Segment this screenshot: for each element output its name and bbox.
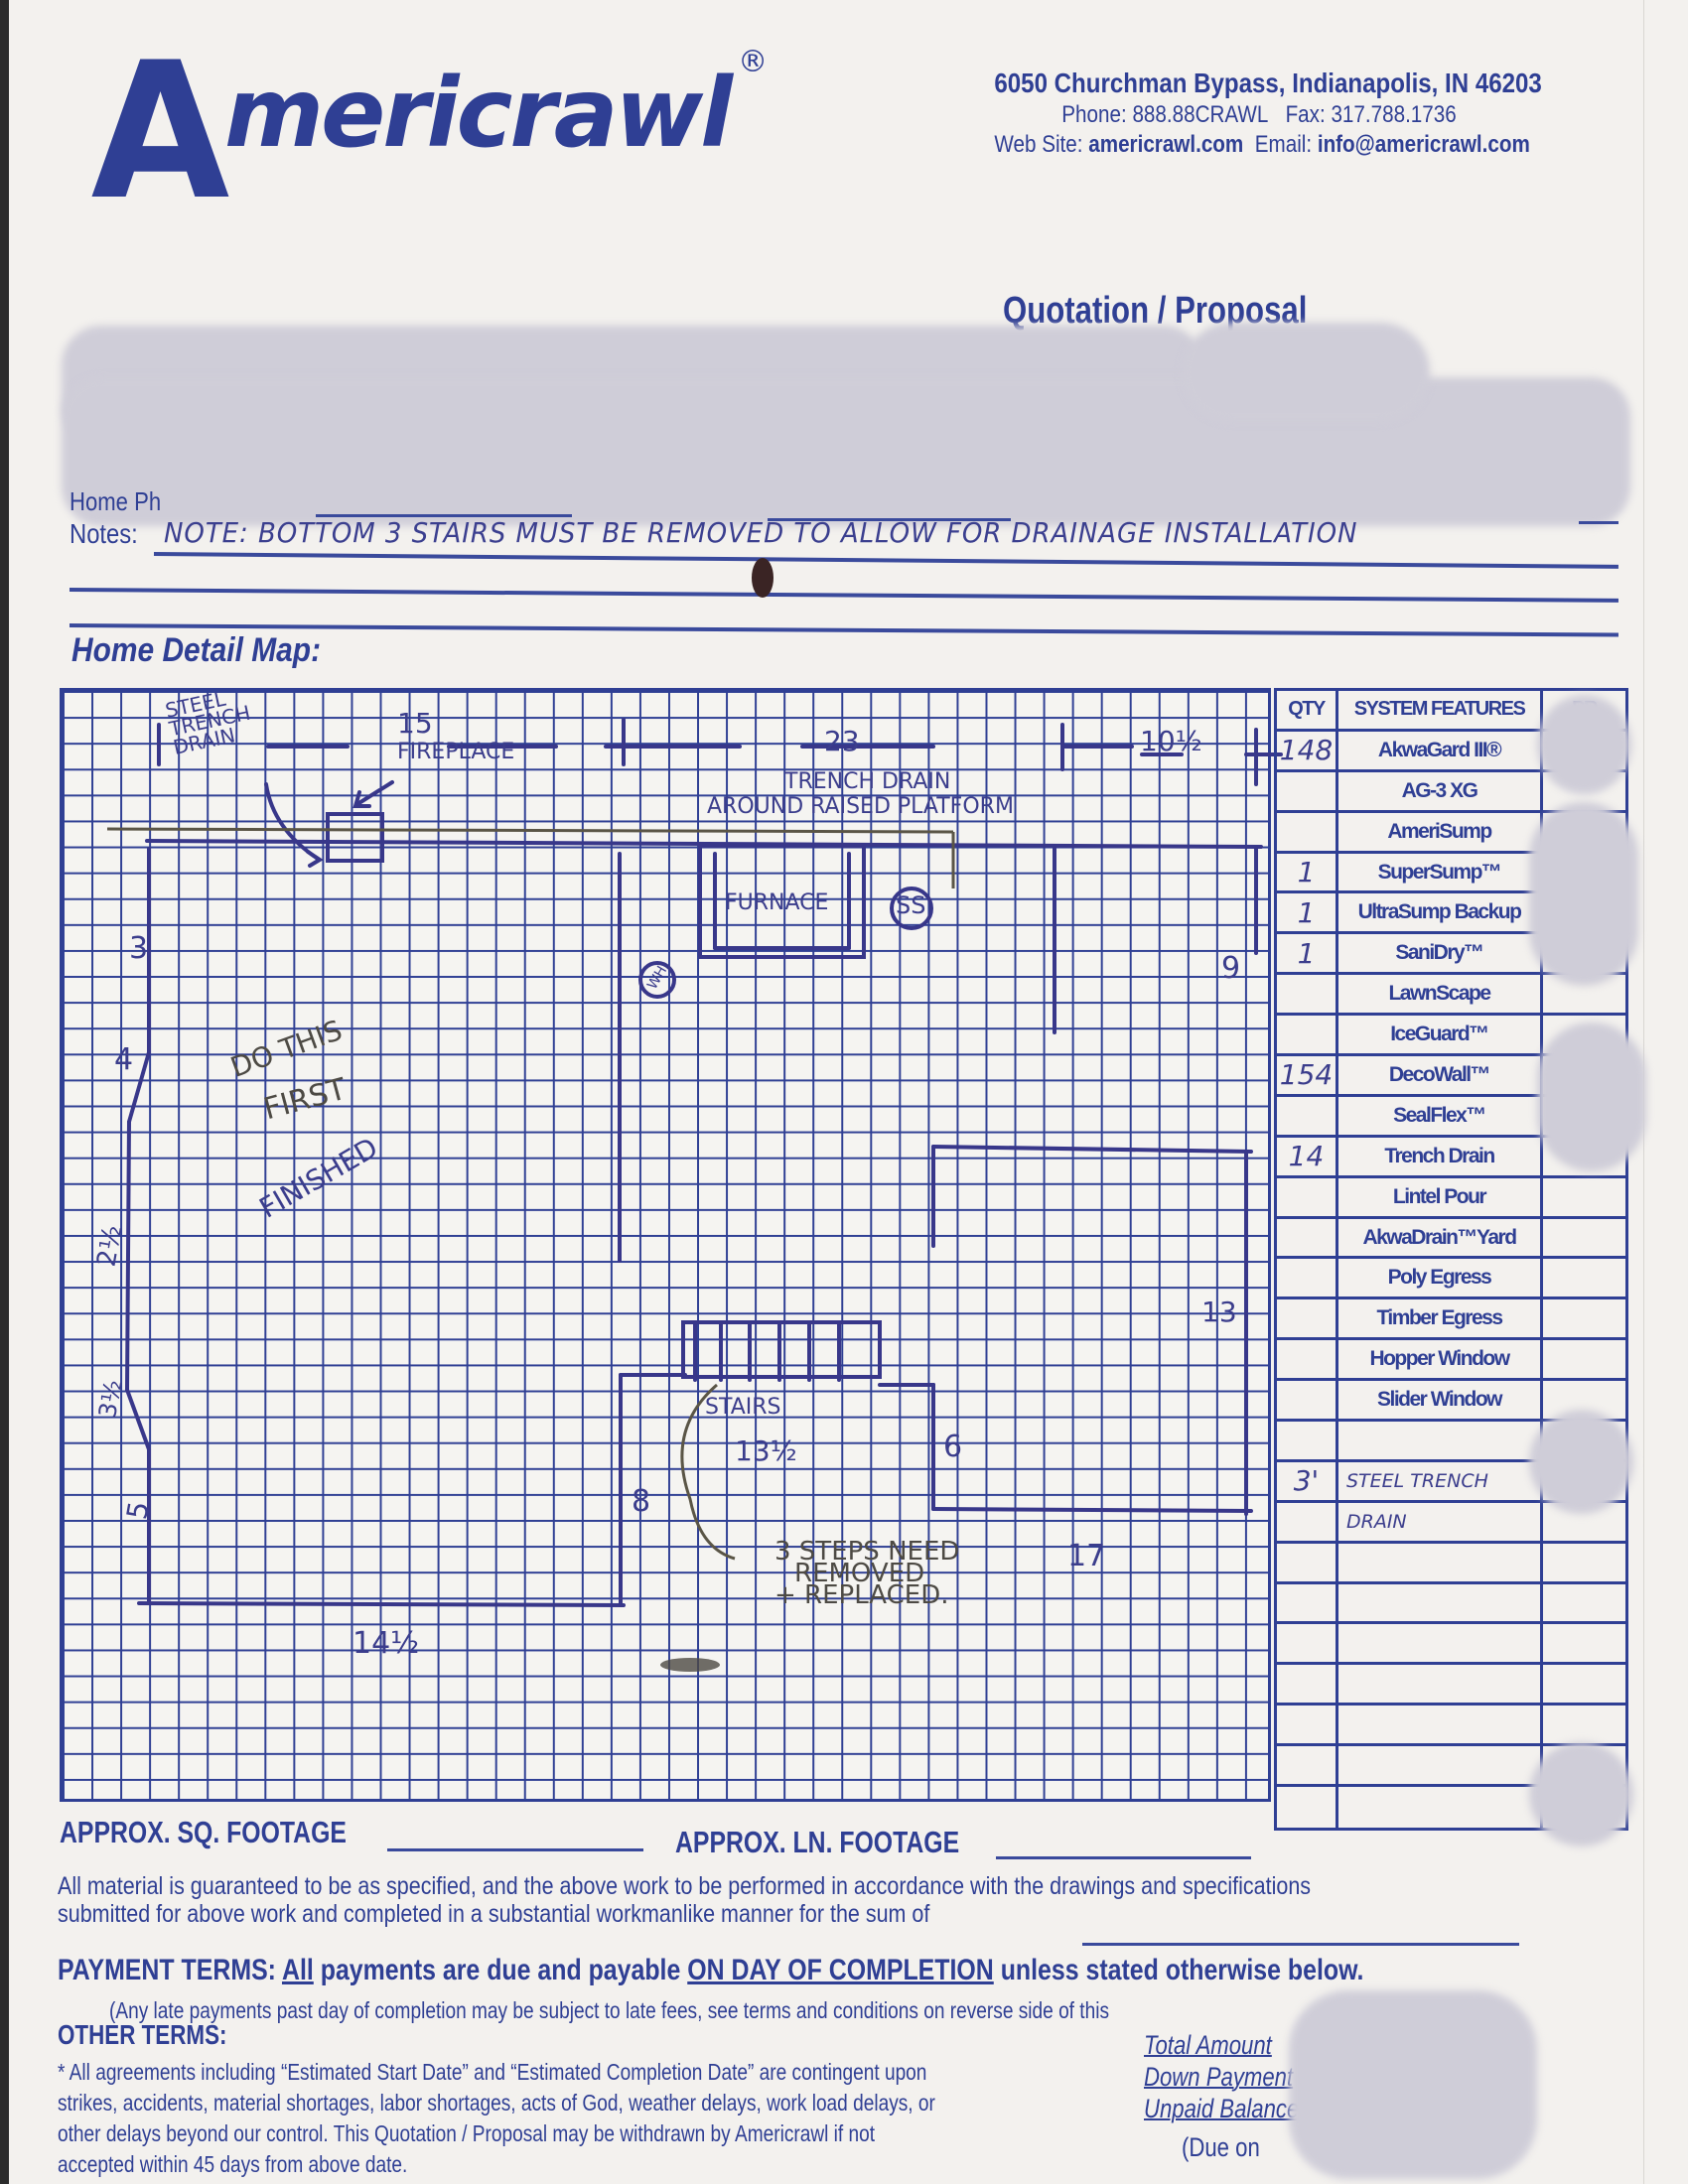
home-detail-map-label: Home Detail Map: (71, 631, 321, 670)
redacted-price (1537, 695, 1631, 794)
qty-cell[interactable] (1277, 1624, 1338, 1662)
sq-footage-field[interactable] (387, 1848, 643, 1851)
feature-cell: AkwaGard III® (1338, 732, 1543, 769)
payment-terms: PAYMENT TERMS: All payments are due and … (58, 1954, 1363, 1987)
notes-line-2 (70, 588, 1618, 603)
website-label: Web Site: (994, 131, 1082, 158)
table-row: Poly Egress (1277, 1259, 1625, 1299)
ln-footage-field[interactable] (996, 1856, 1251, 1859)
feature-cell: AG-3 XG (1338, 772, 1543, 810)
company-logo: Americrawl® (87, 58, 768, 206)
redacted-price (1537, 1023, 1646, 1171)
qty-cell[interactable] (1277, 1422, 1338, 1459)
qty-cell[interactable] (1277, 1340, 1338, 1378)
feature-cell: AmeriSump (1338, 813, 1543, 851)
ink-blot (752, 558, 774, 598)
price-cell[interactable] (1543, 1624, 1625, 1662)
qty-cell[interactable] (1277, 975, 1338, 1013)
table-row: Lintel Pour (1277, 1178, 1625, 1219)
qty-cell[interactable] (1277, 1259, 1338, 1297)
qty-cell[interactable] (1277, 1016, 1338, 1053)
feature-cell: IceGuard™ (1338, 1016, 1543, 1053)
qty-cell[interactable]: 1 (1277, 854, 1338, 891)
sq-footage-label: APPROX. SQ. FOOTAGE (60, 1815, 347, 1850)
dim-14-5: 14½ (352, 1626, 419, 1661)
feature-cell (1338, 1787, 1543, 1828)
feature-cell (1338, 1624, 1543, 1662)
redacted-price (1529, 802, 1638, 986)
note-fireplace: FIREPLACE (397, 740, 514, 764)
unpaid-balance-label: Unpaid Balance (1144, 2093, 1299, 2124)
registered-mark: ® (738, 45, 768, 79)
qty-cell[interactable] (1277, 1097, 1338, 1135)
price-cell[interactable] (1543, 1340, 1625, 1378)
sum-field[interactable] (1082, 1943, 1519, 1946)
dim-4: 4 (114, 1042, 133, 1077)
field-underline (1579, 521, 1618, 524)
dim-13-5: 13½ (735, 1434, 797, 1467)
qty-cell[interactable]: 148 (1277, 732, 1338, 769)
label-furnace: FURNACE (725, 890, 828, 915)
dim-8: 8 (632, 1484, 650, 1519)
sump-symbol: SS (896, 891, 925, 919)
qty-cell[interactable] (1277, 1746, 1338, 1784)
table-row: Timber Egress (1277, 1299, 1625, 1340)
dim-15: 15 (397, 707, 433, 740)
down-payment-label: Down Payment (1144, 2061, 1299, 2093)
table-row (1277, 1665, 1625, 1706)
logo-wordmark: mericrawl (224, 66, 730, 161)
fax-value: 317.788.1736 (1331, 101, 1456, 128)
table-row (1277, 1706, 1625, 1746)
feature-cell (1338, 1584, 1543, 1622)
qty-cell[interactable] (1277, 1381, 1338, 1419)
qty-cell[interactable] (1277, 1706, 1338, 1743)
feature-cell: DRAIN (1338, 1503, 1543, 1541)
qty-cell[interactable] (1277, 1544, 1338, 1581)
dim-3: 3 (129, 931, 148, 966)
qty-cell[interactable] (1277, 1584, 1338, 1622)
phone-value: 888.88CRAWL (1132, 101, 1268, 128)
table-row (1277, 1544, 1625, 1584)
phone-label: Phone: (1061, 101, 1126, 128)
feature-cell: SealFlex™ (1338, 1097, 1543, 1135)
scan-edge (0, 0, 9, 2184)
redacted-region (1182, 323, 1430, 422)
qty-cell[interactable] (1277, 1665, 1338, 1703)
feature-cell: LawnScape (1338, 975, 1543, 1013)
qty-cell[interactable]: 154 (1277, 1056, 1338, 1094)
price-cell[interactable] (1543, 1299, 1625, 1337)
price-cell[interactable] (1543, 1544, 1625, 1581)
feature-cell (1338, 1665, 1543, 1703)
price-cell[interactable] (1543, 1178, 1625, 1216)
redacted-price (1529, 1410, 1633, 1514)
qty-cell[interactable] (1277, 1503, 1338, 1541)
company-phone-fax: Phone: 888.88CRAWL Fax: 317.788.1736 (994, 101, 1523, 129)
qty-cell[interactable]: 1 (1277, 893, 1338, 931)
due-on-label: (Due on (1182, 2132, 1260, 2163)
table-row (1277, 1584, 1625, 1625)
qty-cell[interactable]: 1 (1277, 934, 1338, 972)
feature-cell: Poly Egress (1338, 1259, 1543, 1297)
dim-6: 6 (943, 1430, 962, 1464)
price-cell[interactable] (1543, 1259, 1625, 1297)
feature-cell: AkwaDrain™Yard (1338, 1219, 1543, 1257)
email-link[interactable]: info@americrawl.com (1318, 131, 1530, 158)
feature-cell: STEEL TRENCH (1338, 1462, 1543, 1500)
guarantee-text: All material is guaranteed to be as spec… (58, 1872, 1311, 1928)
notes-text[interactable]: NOTE: BOTTOM 3 STAIRS MUST BE REMOVED TO… (164, 516, 1357, 549)
qty-cell[interactable]: 14 (1277, 1138, 1338, 1175)
header-system-features: SYSTEM FEATURES (1338, 691, 1543, 729)
ln-footage-label: APPROX. LN. FOOTAGE (675, 1825, 959, 1860)
price-cell[interactable] (1543, 1584, 1625, 1622)
qty-cell[interactable]: 3' (1277, 1462, 1338, 1500)
note-steps-removed: 3 STEPS NEED REMOVED + REPLACED. (774, 1541, 959, 1606)
home-phone-label-partial: Home Ph (70, 486, 161, 517)
notes-line-1 (154, 552, 1618, 569)
redacted-price (1529, 1742, 1633, 1846)
price-cell[interactable] (1543, 1706, 1625, 1743)
note-trench-drain: TRENCH DRAIN (784, 769, 950, 794)
price-cell[interactable] (1543, 1665, 1625, 1703)
dim-10-5: 10½ (1140, 725, 1202, 757)
notes-label: Notes: (70, 518, 138, 550)
feature-cell: Slider Window (1338, 1381, 1543, 1419)
company-address: 6050 Churchman Bypass, Indianapolis, IN … (994, 68, 1523, 99)
feature-cell (1338, 1422, 1543, 1459)
fax-label: Fax: (1286, 101, 1326, 128)
email-label: Email: (1255, 131, 1312, 158)
feature-cell (1338, 1544, 1543, 1581)
feature-cell: DecoWall™ (1338, 1056, 1543, 1094)
feature-cell: SaniDry™ (1338, 934, 1543, 972)
logo-initial: A (91, 58, 227, 206)
feature-cell: Trench Drain (1338, 1138, 1543, 1175)
dim-9: 9 (1221, 951, 1240, 986)
qty-cell[interactable] (1277, 772, 1338, 810)
dim-23: 23 (824, 725, 860, 757)
home-detail-map-grid[interactable] (60, 688, 1271, 1802)
dim-17: 17 (1067, 1539, 1105, 1573)
table-row: Hopper Window (1277, 1340, 1625, 1381)
feature-cell: Lintel Pour (1338, 1178, 1543, 1216)
qty-cell[interactable] (1277, 1787, 1338, 1828)
qty-cell[interactable] (1277, 813, 1338, 851)
qty-cell[interactable] (1277, 1299, 1338, 1337)
agreement-terms: * All agreements including “Estimated St… (58, 2057, 935, 2180)
feature-cell: Timber Egress (1338, 1299, 1543, 1337)
price-cell[interactable] (1543, 1219, 1625, 1257)
feature-cell: UltraSump Backup (1338, 893, 1543, 931)
note-around-raised-platform: AROUND RAISED PLATFORM (707, 794, 1014, 819)
other-terms-label: OTHER TERMS: (58, 2019, 226, 2051)
qty-cell[interactable] (1277, 1219, 1338, 1257)
pencil-scribble (660, 1658, 720, 1672)
table-row (1277, 1624, 1625, 1665)
late-fees-note: (Any late payments past day of completio… (109, 1997, 1109, 2024)
label-stairs: STAIRS (705, 1395, 780, 1420)
feature-cell: Hopper Window (1338, 1340, 1543, 1378)
table-row: AkwaDrain™Yard (1277, 1219, 1625, 1260)
dim-13: 13 (1201, 1296, 1237, 1328)
redacted-totals (1289, 1990, 1537, 2179)
qty-cell[interactable] (1277, 1178, 1338, 1216)
feature-cell: SuperSump™ (1338, 854, 1543, 891)
company-contact: 6050 Churchman Bypass, Indianapolis, IN … (951, 68, 1567, 159)
header-qty: QTY (1277, 691, 1338, 729)
totals-block: Total Amount Down Payment Unpaid Balance (1144, 2029, 1299, 2124)
feature-cell (1338, 1746, 1543, 1784)
total-amount-label: Total Amount (1144, 2029, 1299, 2061)
feature-cell (1338, 1706, 1543, 1743)
website-link[interactable]: americrawl.com (1088, 131, 1243, 158)
company-web-email: Web Site: americrawl.com Email: info@ame… (994, 131, 1523, 159)
